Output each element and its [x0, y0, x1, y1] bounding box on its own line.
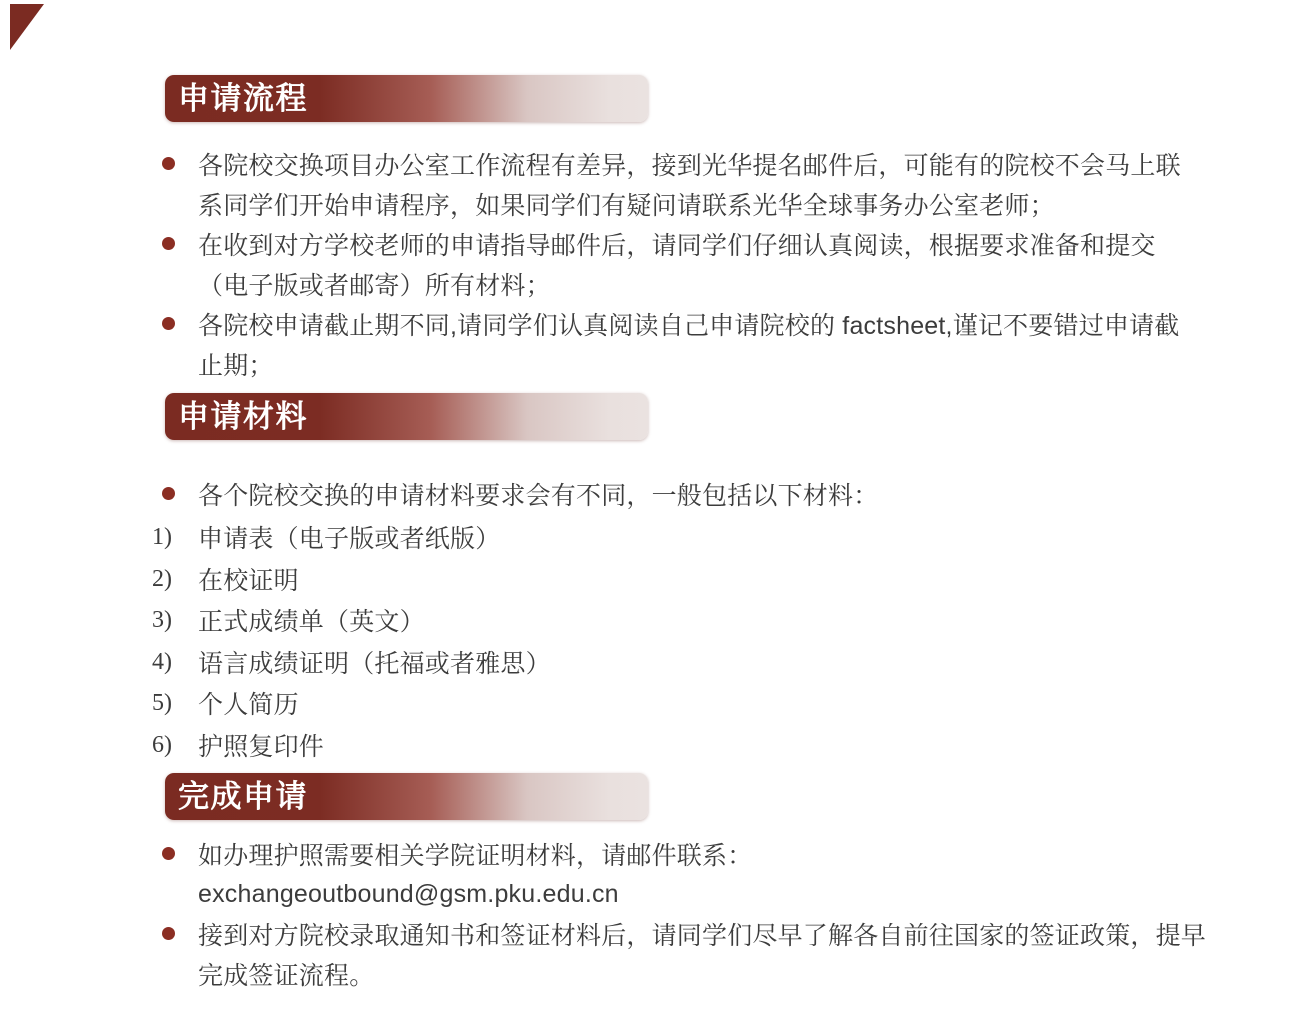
bullet-line: （电子版或者邮寄）所有材料；: [198, 264, 1198, 304]
numbered-item: 护照复印件: [198, 725, 1198, 765]
section-header-label: 完成申请: [165, 781, 308, 812]
contact-email: exchangeoutbound@gsm.pku.edu.cn: [198, 874, 1198, 914]
numbered-item: 申请表（电子版或者纸版）: [198, 517, 1198, 557]
numbered-item: 语言成绩证明（托福或者雅思）: [198, 642, 1198, 682]
bullet-line: 完成签证流程。: [198, 954, 1198, 994]
bullet-line: 在收到对方学校老师的申请指导邮件后，请同学们仔细认真阅读，根据要求准备和提交: [198, 224, 1198, 264]
section-header-application-process: 申请流程: [165, 75, 648, 122]
bullet-line: 如办理护照需要相关学院证明材料，请邮件联系：: [198, 834, 1198, 874]
list-number: 6): [152, 725, 172, 765]
bullet-icon: [162, 157, 175, 170]
section-header-label: 申请流程: [165, 83, 308, 114]
bullet-line: 各个院校交换的申请材料要求会有不同，一般包括以下材料：: [198, 474, 1198, 514]
bullet-line: 接到对方院校录取通知书和签证材料后，请同学们尽早了解各自前往国家的签证政策，提早: [198, 914, 1198, 954]
list-number: 2): [152, 559, 172, 599]
bullet-line: 各院校申请截止期不同,请同学们认真阅读自己申请院校的 factsheet,谨记不…: [198, 304, 1198, 344]
bullet-icon: [162, 317, 175, 330]
bullet-line: 系同学们开始申请程序，如果同学们有疑问请联系光华全球事务办公室老师；: [198, 184, 1198, 224]
page-corner-triangle-icon: [10, 4, 44, 50]
numbered-item: 个人简历: [198, 683, 1198, 723]
numbered-item: 正式成绩单（英文）: [198, 600, 1198, 640]
section-header-application-materials: 申请材料: [165, 393, 648, 440]
bullet-icon: [162, 487, 175, 500]
bullet-line: 止期；: [198, 344, 1198, 384]
document-page: 申请流程 各院校交换项目办公室工作流程有差异，接到光华提名邮件后，可能有的院校不…: [0, 0, 1300, 1016]
bullet-icon: [162, 927, 175, 940]
bullet-icon: [162, 847, 175, 860]
list-number: 3): [152, 600, 172, 640]
list-number: 4): [152, 642, 172, 682]
bullet-line: 各院校交换项目办公室工作流程有差异，接到光华提名邮件后，可能有的院校不会马上联: [198, 144, 1198, 184]
section-header-label: 申请材料: [165, 401, 308, 432]
numbered-item: 在校证明: [198, 559, 1198, 599]
list-number: 5): [152, 683, 172, 723]
list-number: 1): [152, 517, 172, 557]
bullet-icon: [162, 237, 175, 250]
section-header-complete-application: 完成申请: [165, 773, 648, 820]
